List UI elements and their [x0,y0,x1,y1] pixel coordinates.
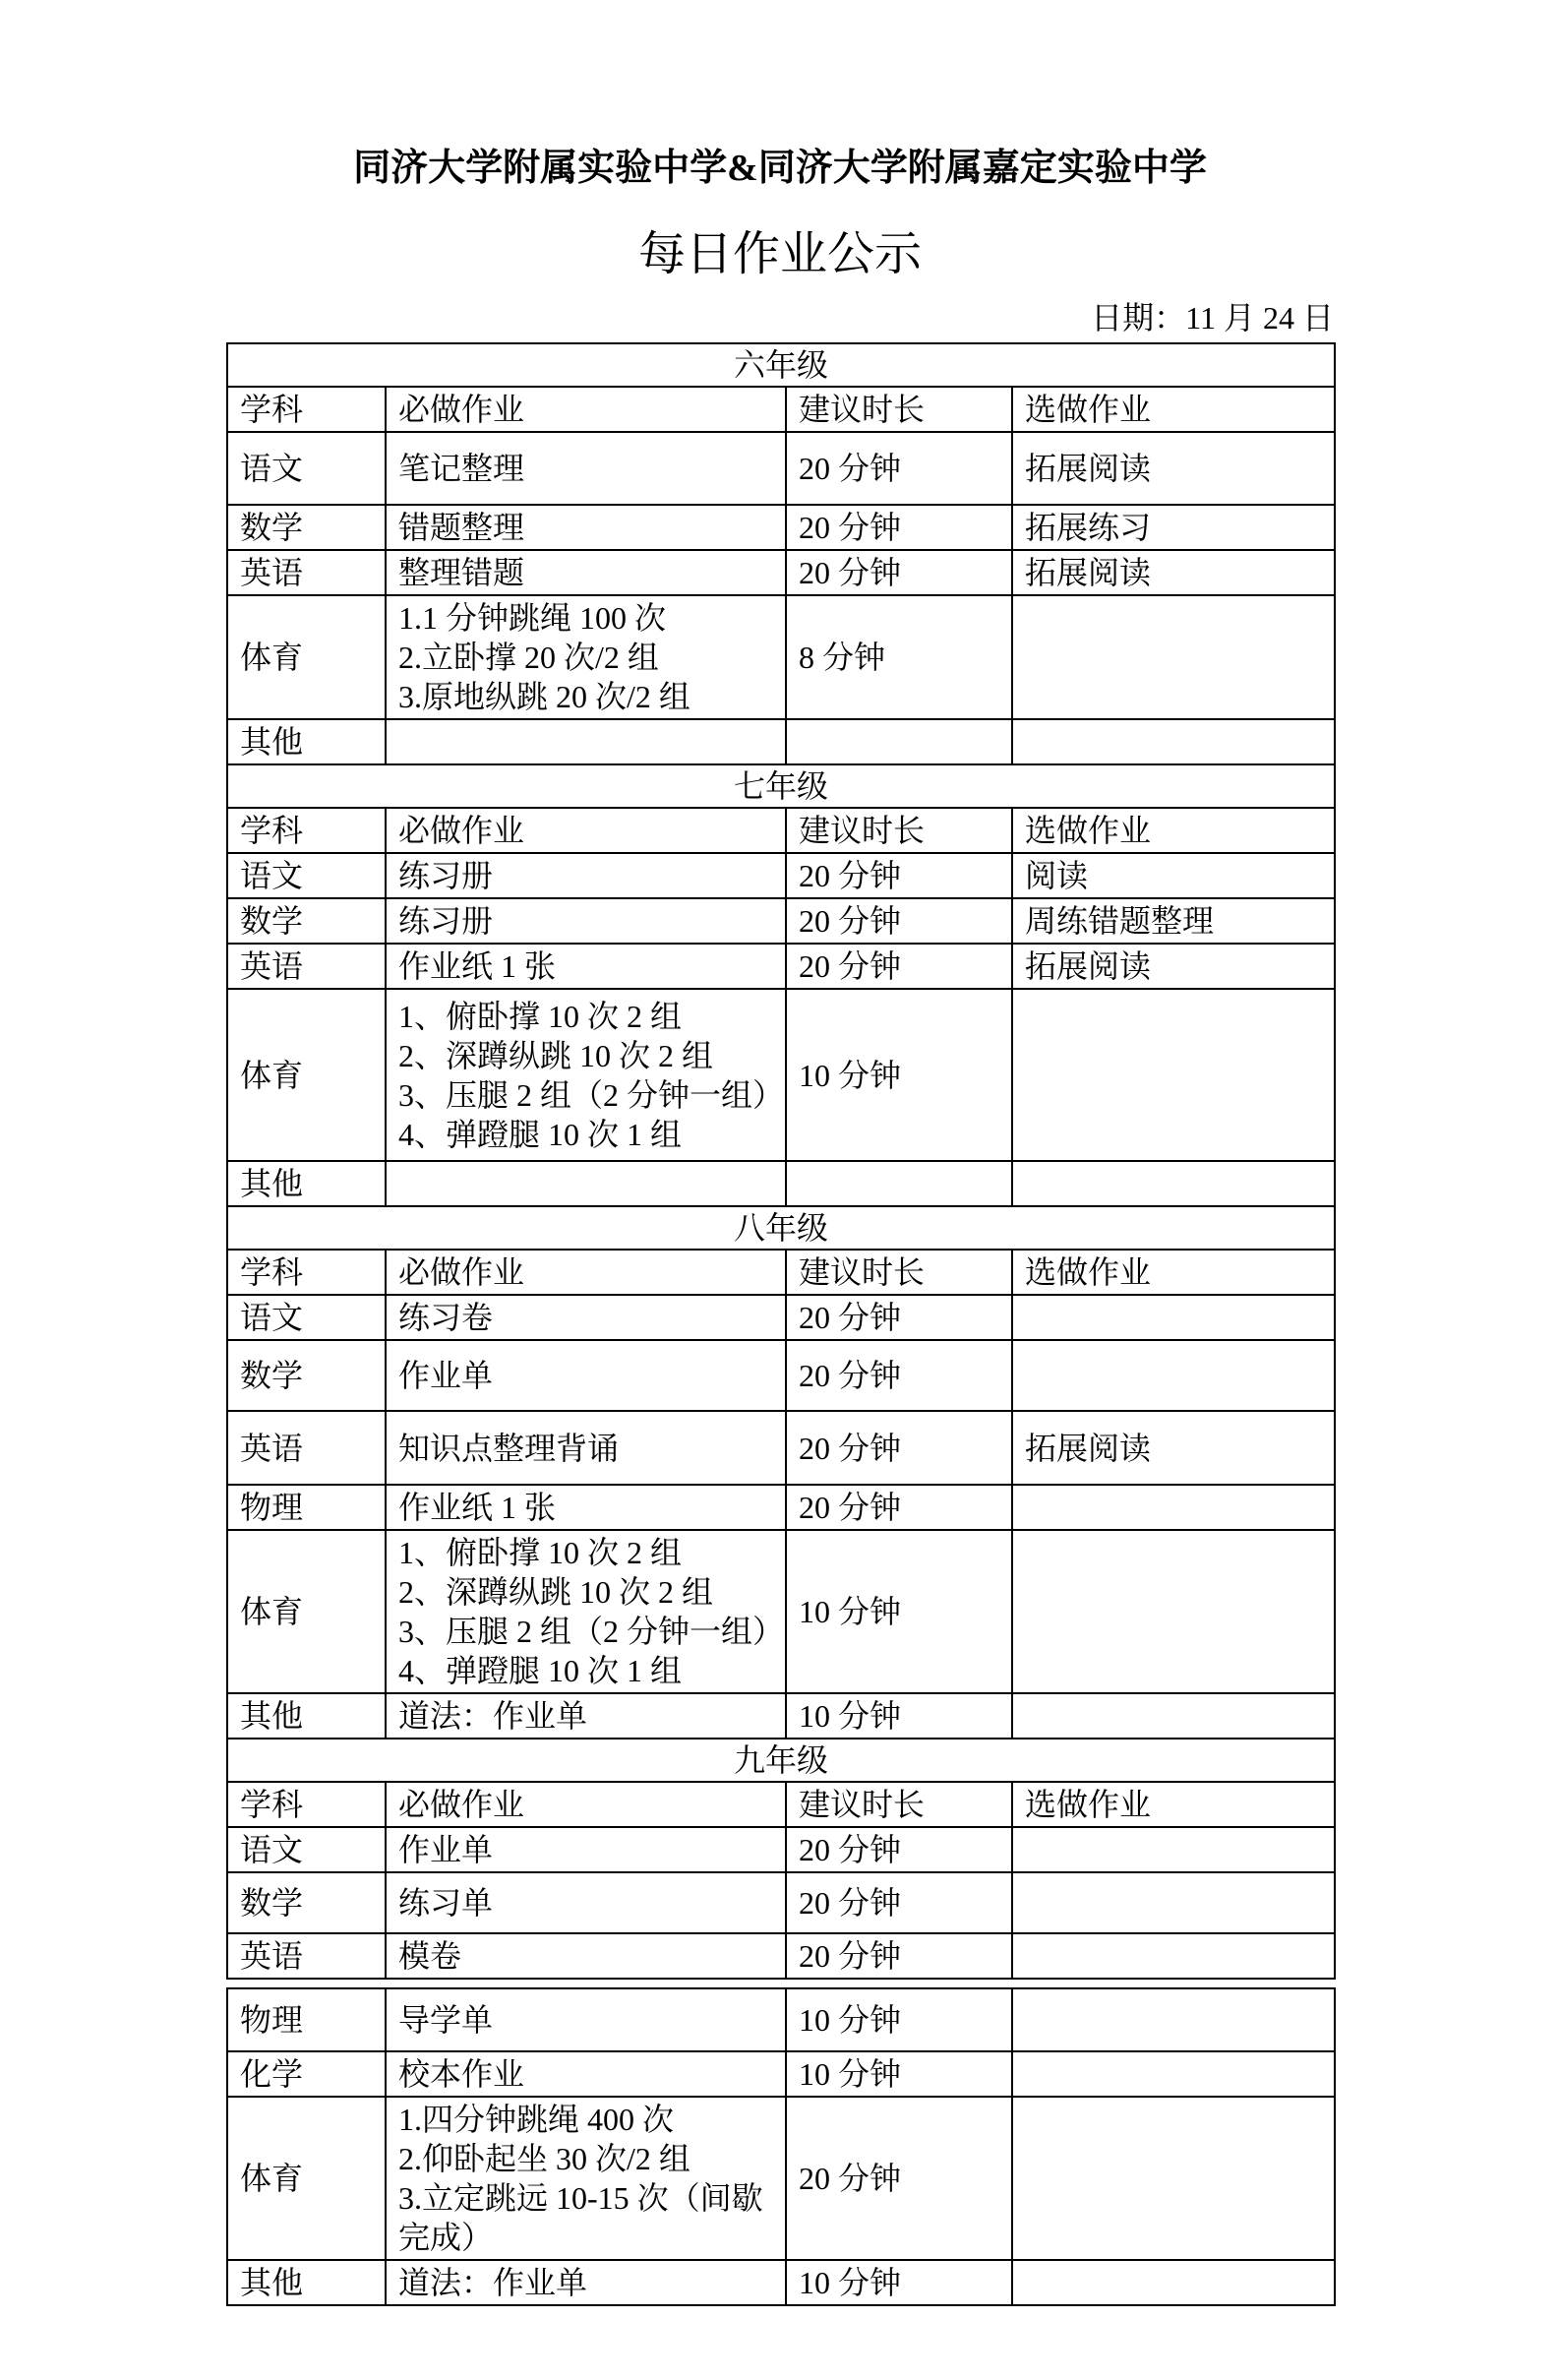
table-row: 体育1.1 分钟跳绳 100 次2.立卧撑 20 次/2 组3.原地纵跳 20 … [227,595,1335,719]
column-header: 建议时长 [786,808,1012,853]
column-header: 必做作业 [386,387,786,432]
duration-cell: 20 分钟 [786,1485,1012,1530]
optional-cell [1012,1872,1335,1933]
optional-cell [1012,1933,1335,1979]
duration-cell: 20 分钟 [786,550,1012,595]
header-row: 学科必做作业建议时长选做作业 [227,387,1335,432]
duration-cell: 20 分钟 [786,1411,1012,1485]
table-row: 其他 [227,1161,1335,1206]
doc-title: 每日作业公示 [0,228,1560,281]
required-line: 1.1 分钟跳绳 100 次 [398,598,779,638]
table-row: 数学错题整理20 分钟拓展练习 [227,505,1335,550]
grade-band-row: 九年级 [227,1739,1335,1782]
duration-cell: 20 分钟 [786,1295,1012,1340]
required-line: 道法：作业单 [398,1696,779,1736]
subject-cell: 数学 [227,898,386,944]
subject-cell: 体育 [227,595,386,719]
subject-cell: 语文 [227,853,386,898]
document-page: 同济大学附属实验中学&同济大学附属嘉定实验中学 每日作业公示 日期：11 月 2… [0,0,1560,2380]
column-header: 学科 [227,808,386,853]
required-line: 作业纸 1 张 [398,946,779,986]
column-header: 选做作业 [1012,1250,1335,1295]
column-header: 建议时长 [786,1250,1012,1295]
duration-cell: 10 分钟 [786,989,1012,1161]
required-line: 笔记整理 [398,449,779,488]
required-line: 作业单 [398,1356,779,1395]
required-line: 1.四分钟跳绳 400 次 [398,2100,779,2139]
duration-cell: 10 分钟 [786,2260,1012,2305]
optional-cell [1012,1161,1335,1206]
optional-cell [1012,1485,1335,1530]
duration-cell: 20 分钟 [786,432,1012,505]
table-row: 其他道法：作业单10 分钟 [227,1693,1335,1739]
required-cell: 1、俯卧撑 10 次 2 组2、深蹲纵跳 10 次 2 组3、压腿 2 组（2 … [386,989,786,1161]
required-cell [386,1161,786,1206]
table-row: 数学练习册20 分钟周练错题整理 [227,898,1335,944]
optional-cell [1012,1827,1335,1872]
subject-cell: 物理 [227,1988,386,2051]
subject-cell: 体育 [227,2097,386,2260]
column-header: 必做作业 [386,808,786,853]
required-cell: 道法：作业单 [386,2260,786,2305]
table-row: 其他 [227,719,1335,764]
optional-cell [1012,595,1335,719]
required-line: 练习册 [398,901,779,941]
grade-band: 七年级 [227,764,1335,808]
subject-cell: 其他 [227,1161,386,1206]
required-cell: 知识点整理背诵 [386,1411,786,1485]
required-cell: 错题整理 [386,505,786,550]
duration-cell: 20 分钟 [786,2097,1012,2260]
homework-table: 物理导学单10 分钟化学校本作业10 分钟体育1.四分钟跳绳 400 次2.仰卧… [226,1987,1336,2306]
table-row: 英语作业纸 1 张20 分钟拓展阅读 [227,944,1335,989]
subject-cell: 其他 [227,1693,386,1739]
optional-cell [1012,719,1335,764]
duration-cell: 10 分钟 [786,1693,1012,1739]
table-row: 物理导学单10 分钟 [227,1988,1335,2051]
grade-band-row: 七年级 [227,764,1335,808]
subject-cell: 英语 [227,1411,386,1485]
required-line: 3、压腿 2 组（2 分钟一组） [398,1075,779,1115]
column-header: 必做作业 [386,1250,786,1295]
required-line: 整理错题 [398,553,779,592]
subject-cell: 化学 [227,2051,386,2097]
grade-band: 六年级 [227,343,1335,387]
subject-cell: 数学 [227,1340,386,1411]
table-row: 化学校本作业10 分钟 [227,2051,1335,2097]
school-title: 同济大学附属实验中学&同济大学附属嘉定实验中学 [0,146,1560,191]
subject-cell: 语文 [227,1295,386,1340]
optional-cell [1012,1295,1335,1340]
table-row: 其他道法：作业单10 分钟 [227,2260,1335,2305]
header-row: 学科必做作业建议时长选做作业 [227,1782,1335,1827]
required-cell: 整理错题 [386,550,786,595]
column-header: 选做作业 [1012,1782,1335,1827]
optional-cell [1012,2051,1335,2097]
table-row: 语文练习册20 分钟阅读 [227,853,1335,898]
duration-cell: 10 分钟 [786,1988,1012,2051]
column-header: 必做作业 [386,1782,786,1827]
duration-cell: 8 分钟 [786,595,1012,719]
required-line: 2.仰卧起坐 30 次/2 组 [398,2139,779,2178]
required-cell: 作业纸 1 张 [386,944,786,989]
column-header: 选做作业 [1012,808,1335,853]
column-header: 建议时长 [786,387,1012,432]
required-cell: 作业单 [386,1340,786,1411]
tables-root: 六年级学科必做作业建议时长选做作业语文笔记整理20 分钟拓展阅读数学错题整理20… [226,342,1334,2306]
optional-cell [1012,1693,1335,1739]
column-header: 学科 [227,1250,386,1295]
required-cell: 道法：作业单 [386,1693,786,1739]
optional-cell [1012,1988,1335,2051]
required-line: 3.原地纵跳 20 次/2 组 [398,677,779,716]
optional-cell: 拓展阅读 [1012,550,1335,595]
table-row: 英语知识点整理背诵20 分钟拓展阅读 [227,1411,1335,1485]
required-line: 4、弹蹬腿 10 次 1 组 [398,1115,779,1154]
required-line: 模卷 [398,1936,779,1976]
duration-cell: 20 分钟 [786,505,1012,550]
grade-band: 八年级 [227,1206,1335,1250]
optional-cell [1012,2097,1335,2260]
required-cell: 模卷 [386,1933,786,1979]
required-line: 练习册 [398,856,779,895]
optional-cell: 阅读 [1012,853,1335,898]
required-line: 2.立卧撑 20 次/2 组 [398,638,779,677]
required-line: 1、俯卧撑 10 次 2 组 [398,997,779,1036]
subject-cell: 其他 [227,2260,386,2305]
required-cell: 练习册 [386,898,786,944]
homework-table: 六年级学科必做作业建议时长选做作业语文笔记整理20 分钟拓展阅读数学错题整理20… [226,342,1336,1980]
duration-cell: 10 分钟 [786,1530,1012,1693]
table-row: 语文作业单20 分钟 [227,1827,1335,1872]
required-line: 错题整理 [398,508,779,547]
column-header: 选做作业 [1012,387,1335,432]
required-cell [386,719,786,764]
required-cell: 练习单 [386,1872,786,1933]
required-line: 道法：作业单 [398,2263,779,2302]
required-cell: 导学单 [386,1988,786,2051]
duration-cell [786,1161,1012,1206]
required-cell: 作业纸 1 张 [386,1485,786,1530]
header-row: 学科必做作业建议时长选做作业 [227,1250,1335,1295]
table-row: 数学练习单20 分钟 [227,1872,1335,1933]
duration-cell [786,719,1012,764]
subject-cell: 英语 [227,550,386,595]
subject-cell: 其他 [227,719,386,764]
table-row: 英语模卷20 分钟 [227,1933,1335,1979]
table-row: 语文笔记整理20 分钟拓展阅读 [227,432,1335,505]
required-cell: 笔记整理 [386,432,786,505]
subject-cell: 数学 [227,1872,386,1933]
date-label: 日期：11 月 24 日 [226,299,1334,336]
table-row: 体育1.四分钟跳绳 400 次2.仰卧起坐 30 次/2 组3.立定跳远 10-… [227,2097,1335,2260]
required-cell: 校本作业 [386,2051,786,2097]
table-row: 体育1、俯卧撑 10 次 2 组2、深蹲纵跳 10 次 2 组3、压腿 2 组（… [227,989,1335,1161]
required-line: 校本作业 [398,2054,779,2094]
subject-cell: 语文 [227,432,386,505]
column-header: 学科 [227,387,386,432]
optional-cell [1012,1340,1335,1411]
header-row: 学科必做作业建议时长选做作业 [227,808,1335,853]
table-row: 体育1、俯卧撑 10 次 2 组2、深蹲纵跳 10 次 2 组3、压腿 2 组（… [227,1530,1335,1693]
required-line: 4、弹蹬腿 10 次 1 组 [398,1651,779,1690]
optional-cell [1012,1530,1335,1693]
required-line: 练习卷 [398,1298,779,1337]
table-row: 物理作业纸 1 张20 分钟 [227,1485,1335,1530]
subject-cell: 英语 [227,1933,386,1979]
grade-band-row: 八年级 [227,1206,1335,1250]
required-line: 1、俯卧撑 10 次 2 组 [398,1533,779,1572]
subject-cell: 体育 [227,989,386,1161]
optional-cell [1012,2260,1335,2305]
required-line: 练习单 [398,1883,779,1922]
duration-cell: 20 分钟 [786,1872,1012,1933]
subject-cell: 体育 [227,1530,386,1693]
subject-cell: 数学 [227,505,386,550]
duration-cell: 20 分钟 [786,898,1012,944]
required-line: 作业纸 1 张 [398,1488,779,1527]
required-line: 完成） [398,2218,779,2257]
optional-cell: 拓展阅读 [1012,1411,1335,1485]
subject-cell: 语文 [227,1827,386,1872]
required-cell: 1、俯卧撑 10 次 2 组2、深蹲纵跳 10 次 2 组3、压腿 2 组（2 … [386,1530,786,1693]
required-line: 3、压腿 2 组（2 分钟一组） [398,1612,779,1651]
required-line: 2、深蹲纵跳 10 次 2 组 [398,1036,779,1075]
required-cell: 练习卷 [386,1295,786,1340]
table-row: 数学作业单20 分钟 [227,1340,1335,1411]
duration-cell: 20 分钟 [786,1827,1012,1872]
grade-band-row: 六年级 [227,343,1335,387]
optional-cell [1012,989,1335,1161]
duration-cell: 10 分钟 [786,2051,1012,2097]
grade-band: 九年级 [227,1739,1335,1782]
optional-cell: 拓展阅读 [1012,432,1335,505]
duration-cell: 20 分钟 [786,853,1012,898]
duration-cell: 20 分钟 [786,1340,1012,1411]
optional-cell: 周练错题整理 [1012,898,1335,944]
required-cell: 练习册 [386,853,786,898]
duration-cell: 20 分钟 [786,1933,1012,1979]
required-line: 知识点整理背诵 [398,1429,779,1468]
column-header: 建议时长 [786,1782,1012,1827]
required-line: 导学单 [398,2000,779,2040]
table-row: 英语整理错题20 分钟拓展阅读 [227,550,1335,595]
column-header: 学科 [227,1782,386,1827]
duration-cell: 20 分钟 [786,944,1012,989]
required-cell: 1.四分钟跳绳 400 次2.仰卧起坐 30 次/2 组3.立定跳远 10-15… [386,2097,786,2260]
table-row: 语文练习卷20 分钟 [227,1295,1335,1340]
required-cell: 作业单 [386,1827,786,1872]
required-line: 3.立定跳远 10-15 次（间歇 [398,2178,779,2218]
optional-cell: 拓展阅读 [1012,944,1335,989]
optional-cell: 拓展练习 [1012,505,1335,550]
subject-cell: 物理 [227,1485,386,1530]
required-line: 作业单 [398,1830,779,1869]
subject-cell: 英语 [227,944,386,989]
required-cell: 1.1 分钟跳绳 100 次2.立卧撑 20 次/2 组3.原地纵跳 20 次/… [386,595,786,719]
required-line: 2、深蹲纵跳 10 次 2 组 [398,1572,779,1612]
